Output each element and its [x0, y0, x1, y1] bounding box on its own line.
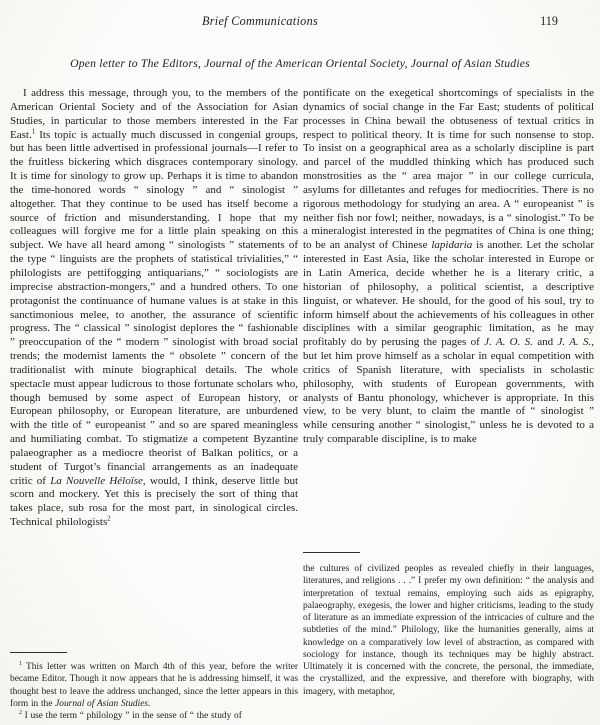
footnote-1: 1 This letter was written on March 4th o… — [10, 661, 298, 710]
footnote-area-right: the cultures of civilized peoples as rev… — [303, 563, 594, 698]
body-column-left: I address this message, through you, to … — [10, 87, 298, 530]
body-paragraph-left: I address this message, through you, to … — [10, 87, 298, 530]
body-paragraph-right: pontificate on the exegetical shortcomin… — [303, 87, 594, 447]
footnote-2-continuation: the cultures of civilized peoples as rev… — [303, 563, 594, 698]
footnote-divider-right — [303, 552, 360, 553]
page-number: 119 — [540, 14, 558, 29]
footnote-area-left: 1 This letter was written on March 4th o… — [10, 661, 298, 722]
body-column-right: pontificate on the exegetical shortcomin… — [303, 87, 594, 447]
footnote-divider-left — [10, 652, 67, 653]
footnote-2-start-clipped: 2 I use the term “ philology ” in the se… — [10, 710, 298, 722]
running-title: Brief Communications — [202, 14, 318, 28]
running-head: Brief Communications — [90, 14, 430, 29]
article-title: Open letter to The Editors, Journal of t… — [14, 57, 586, 70]
journal-page: Brief Communications 119 Open letter to … — [0, 0, 600, 725]
